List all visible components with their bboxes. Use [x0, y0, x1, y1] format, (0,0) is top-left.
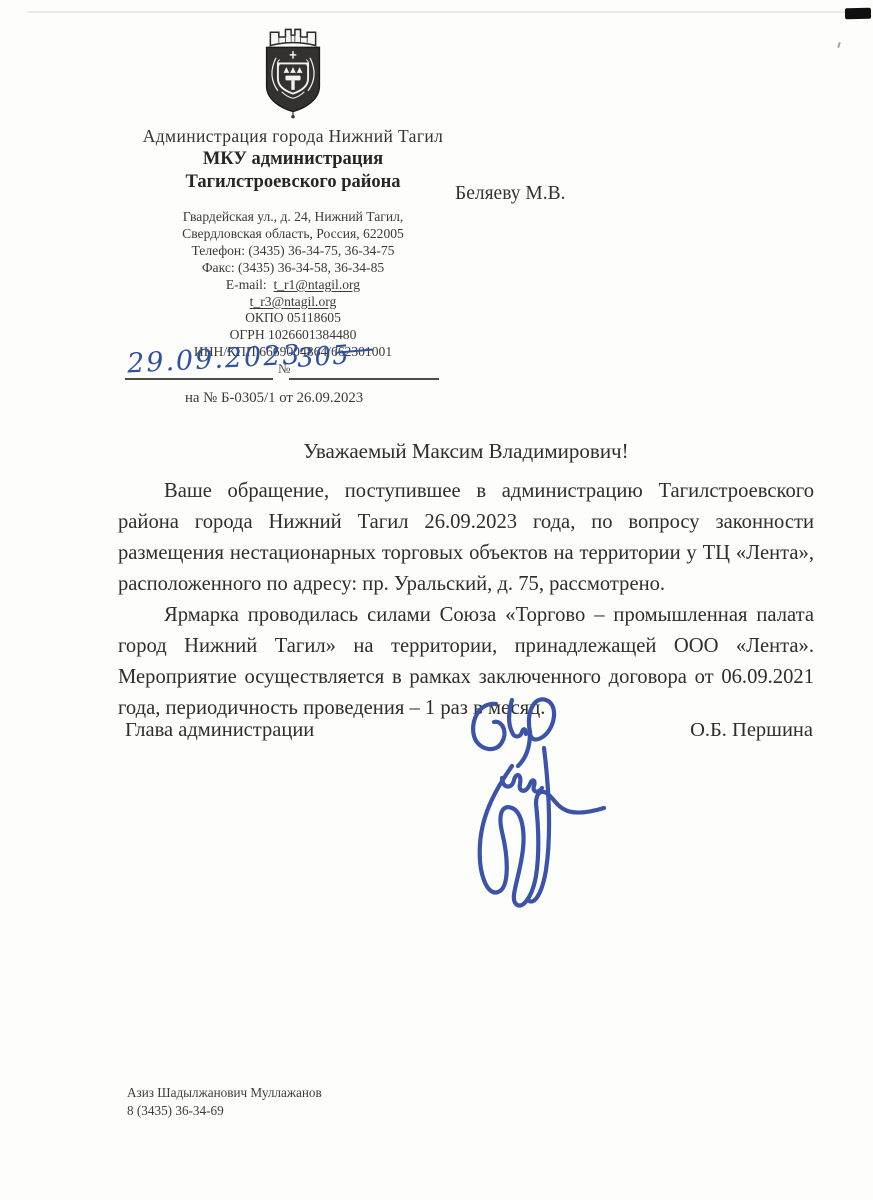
executor-name: Азиз Шадылжанович Муллажанов — [127, 1084, 322, 1102]
salutation: Уважаемый Максим Владимирович! — [118, 439, 814, 464]
number-sign: № — [278, 361, 290, 377]
executor-phone: 8 (3435) 36-34-69 — [127, 1102, 322, 1120]
scan-speck — [837, 42, 841, 48]
signoff-position: Глава администрации — [125, 719, 314, 742]
email-label: E-mail: — [226, 277, 267, 292]
coat-of-arms-icon — [234, 20, 352, 120]
signature-icon — [466, 690, 611, 912]
okpo-line: ОКПО 05118605 — [108, 310, 478, 327]
address-line-1: Гвардейская ул., д. 24, Нижний Тагил, — [108, 209, 478, 226]
email-address-2: t_r3@ntagil.org — [250, 294, 337, 309]
reply-to-reference: на № Б-0305/1 от 26.09.2023 — [185, 390, 363, 407]
letterhead: Администрация города Нижний Тагил МКУ ад… — [108, 20, 478, 361]
handwritten-date: 29.09.2023 — [126, 339, 302, 379]
email-address-1: t_r1@ntagil.org — [273, 277, 360, 292]
number-underline — [289, 378, 439, 380]
scan-corner-mark — [845, 8, 871, 19]
executor-block: Азиз Шадылжанович Муллажанов 8 (3435) 36… — [127, 1084, 322, 1120]
org-name-city: Администрация города Нижний Тагил — [108, 126, 478, 147]
reference-row: 29.09.2023 № 305 — [125, 344, 465, 388]
org-name-mku: МКУ администрация — [108, 149, 478, 170]
scan-streak — [28, 11, 846, 13]
phone-line: Телефон: (3435) 36-34-75, 36-34-75 — [108, 243, 478, 260]
email-line-2: t_r3@ntagil.org — [108, 294, 478, 311]
email-line-1: E-mail: t_r1@ntagil.org — [108, 277, 478, 294]
letter-body: Уважаемый Максим Владимирович! Ваше обра… — [118, 439, 814, 724]
fax-line: Факс: (3435) 36-34-58, 36-34-85 — [108, 260, 478, 277]
address-line-2: Свердловская область, Россия, 622005 — [108, 226, 478, 243]
contact-block: Гвардейская ул., д. 24, Нижний Тагил, Св… — [108, 209, 478, 361]
scanned-letter-page: Администрация города Нижний Тагил МКУ ад… — [0, 0, 873, 1200]
paragraph-1: Ваше обращение, поступившее в администра… — [118, 476, 814, 600]
org-name-district: Тагилстроевского района — [108, 172, 478, 193]
handwritten-number: 305 — [296, 340, 351, 374]
signoff-name: О.Б. Першина — [690, 719, 813, 742]
addressee: Беляеву М.В. — [455, 183, 565, 205]
date-underline — [125, 378, 273, 380]
